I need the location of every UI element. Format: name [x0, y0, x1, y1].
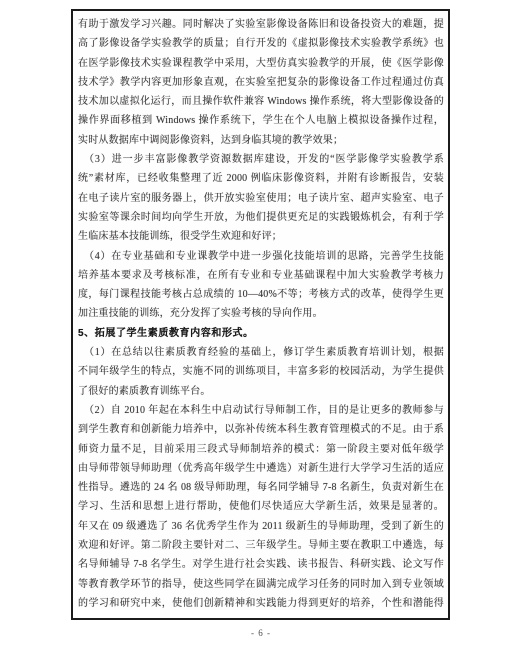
document-page: 有助于激发学习兴趣。同时解决了实验室影像设备陈旧和设备投资大的难题，提高了影像设…: [0, 0, 522, 648]
text-line: 了很好的素质教育训练平台。: [78, 382, 444, 401]
text-line: （3）进一步丰富影像教学资源数据库建设，开发的“医学影像学实验教学系: [78, 150, 444, 169]
text-line: 师资力量不足，目前采用三段式导师制培养的模式：第一阶段主要对低年级学生，: [78, 440, 444, 459]
text-line: 不同年级学生的特点，实施不同的训练项目，丰富多彩的校园活动，为学生提供: [78, 362, 444, 381]
text-line: 在电子读片室的服务器上，供开放实验室使用；电子读片室、超声实验室、电子: [78, 189, 444, 208]
text-line: 培养基本要求及考核标准，在所有专业和专业基础课程中加大实验教学考核力: [78, 266, 444, 285]
text-line: 技术学》教学内容更加形象直观，在实验室把复杂的影像设备工作过程通过仿真: [78, 73, 444, 92]
text-line: 实时从数据库中调阅影像资料，达到身临其境的教学效果；: [78, 131, 444, 150]
text-line: 性指导。遴选的 24 名 08 级导师助理，每名同学辅导 7-8 名新生，负责对…: [78, 478, 444, 497]
text-line: 等教育教学环节的指导，使这些同学在圆满完成学习任务的同时加入到专业领域: [78, 575, 444, 594]
text-line: 欢迎和好评。第二阶段主要针对二、三年级学生。导师主要在教职工中遴选，每: [78, 536, 444, 555]
text-line: （1）在总结以往素质教育经验的基础上，修订学生素质教育培训计划，根据: [78, 343, 444, 362]
text-line: 在医学影像技术实验课程教学中采用，大型仿真实验教学的开展，使《医学影像: [78, 54, 444, 73]
text-line: 到学生教育和创新能力培养中，以弥补传统本科生教育管理模式的不足。由于系: [78, 420, 444, 439]
text-line: 名导师辅导 7-8 名学生。对学生进行社会实践、读书报告、科研实践、论文写作: [78, 555, 444, 574]
text-line: 有助于激发学习兴趣。同时解决了实验室影像设备陈旧和设备投资大的难题，提: [78, 15, 444, 34]
text-line: 技术加以虚拟化运行，而且操作软件兼容 Windows 操作系统，将大型影像设备的: [78, 92, 444, 111]
text-line: 学习、生活和思想上进行帮助，使他们尽快适应大学新生活，效果是显著的。2011: [78, 497, 444, 516]
text-line: 由导师带领导师助理（优秀高年级学生中遴选）对新生进行大学学习生活的适应: [78, 459, 444, 478]
section-heading-line: 5、拓展了学生素质教育内容和形式。: [78, 324, 444, 343]
text-line: 度，每门课程技能考核占总成绩的 10—40%不等；考核方式的改革，使得学生更: [78, 285, 444, 304]
text-line: 操作界面移植到 Windows 操作系统下，学生在个人电脑上模拟设备操作过程，: [78, 111, 444, 130]
text-line: 的学习和研究中来，使他们创新精神和实践能力得到更好的培养，个性和潜能得: [78, 594, 444, 613]
text-line: 年又在 09 级遴选了 36 名优秀学生作为 2011 级新生的导师助理，受到了…: [78, 517, 444, 536]
text-lines-container: 有助于激发学习兴趣。同时解决了实验室影像设备陈旧和设备投资大的难题，提高了影像设…: [78, 15, 444, 613]
text-line: （2）自 2010 年起在本科生中启动试行导师制工作，目的是让更多的教师参与: [78, 401, 444, 420]
text-line: 生临床基本技能训练，很受学生欢迎和好评；: [78, 227, 444, 246]
text-line: （4）在专业基础和专业课教学中进一步强化技能培训的思路，完善学生技能: [78, 247, 444, 266]
page-number: - 6 -: [0, 628, 522, 638]
text-line: 实验室等课余时间均向学生开放，为他们提供更充足的实践锻炼机会，有利于学: [78, 208, 444, 227]
page-text-frame: 有助于激发学习兴趣。同时解决了实验室影像设备陈旧和设备投资大的难题，提高了影像设…: [71, 9, 450, 620]
text-line: 高了影像设备学实验教学的质量；自行开发的《虚拟影像技术实验教学系统》也: [78, 34, 444, 53]
text-line: 加注重技能的训练，充分发挥了实验考核的导向作用。: [78, 304, 444, 323]
text-line: 统”素材库，已经收集整理了近 2000 例临床影像资料，并附有诊断报告，安装: [78, 169, 444, 188]
